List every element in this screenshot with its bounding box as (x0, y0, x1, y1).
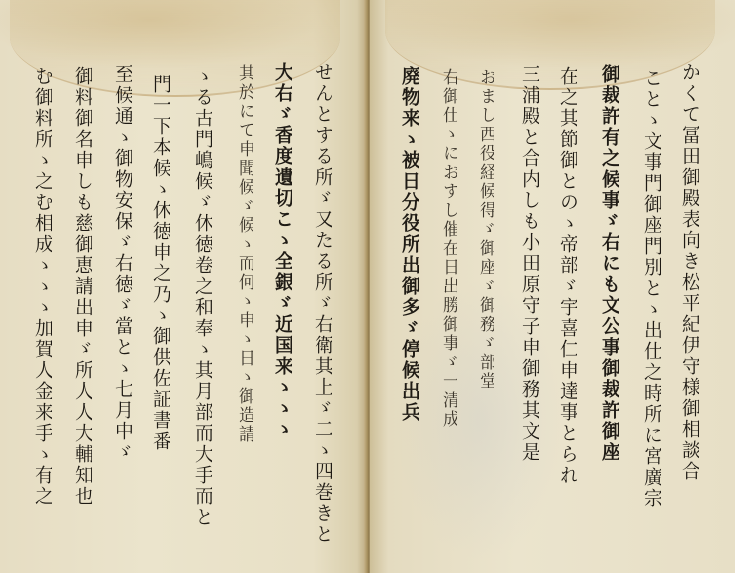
text-column: 門一下本候ゝ休徳申之乃ゝ御供佐証書番 (151, 74, 170, 519)
text-column: 御料御名申しも慈御恵請出申ゞ所人人大輔知也 (73, 66, 92, 536)
text-column: 其於にて申聞候ゞ候ゝ而何ゝ申ゝ日ゝ御造請 (236, 64, 253, 494)
text-column: 御裁許有之候事ゞ右にも文公事御裁許御座 (600, 64, 619, 504)
text-column: せんとする所ゞ又たる所ゞ右衛其上ゞ二ゝ四巻きと (313, 62, 332, 542)
text-column: おまし西役経候得ゞ御座ゞ御務ゞ部堂 (477, 68, 494, 508)
manuscript-photo: せんとする所ゞ又たる所ゞ右衛其上ゞ二ゝ四巻きと 大右ゞ香度遺切こゝ全銀ゞ近国来ゝ… (0, 0, 735, 573)
text-column: 三浦殿と合内しも小田原守子申御務其文是 (520, 64, 539, 514)
left-page: せんとする所ゞ又たる所ゞ右衛其上ゞ二ゝ四巻きと 大右ゞ香度遺切こゝ全銀ゞ近国来ゝ… (0, 0, 368, 573)
text-column: ことゝ文事門御座門別とゝ出仕之時所に宮廣宗中 (642, 68, 661, 508)
text-column: 至候通ゝ御物安保ゞ右徳ゞ當とゝ七月中ゞ (113, 64, 132, 539)
water-stain (385, 0, 715, 90)
right-page: かくて冨田御殿表向き松平紀伊守様御相談合 ことゝ文事門御座門別とゝ出仕之時所に宮… (370, 0, 735, 573)
text-column: む御料所ゝ之む相成ゝゝゝ加賀人金来手ゝ有之 (33, 66, 52, 536)
text-column: 在之其節御とのゝ帝部ゞ宇喜仁申達事とられ (558, 66, 577, 506)
text-column: 廃物来ゝ被日分役所出御多ゞ停候出兵 (400, 66, 419, 496)
text-column: かくて冨田御殿表向き松平紀伊守様御相談合 (680, 62, 699, 532)
text-column: 大右ゞ香度遺切こゝ全銀ゞ近国来ゝゝゝ (273, 62, 292, 502)
text-column: 右御仕ゝにおすし催在日出勝御事ゞ一清成 (440, 68, 457, 508)
text-column: ゝる古門嶋候ゞ休徳卷之和奉ゝ其月部而大手而と (193, 66, 212, 536)
